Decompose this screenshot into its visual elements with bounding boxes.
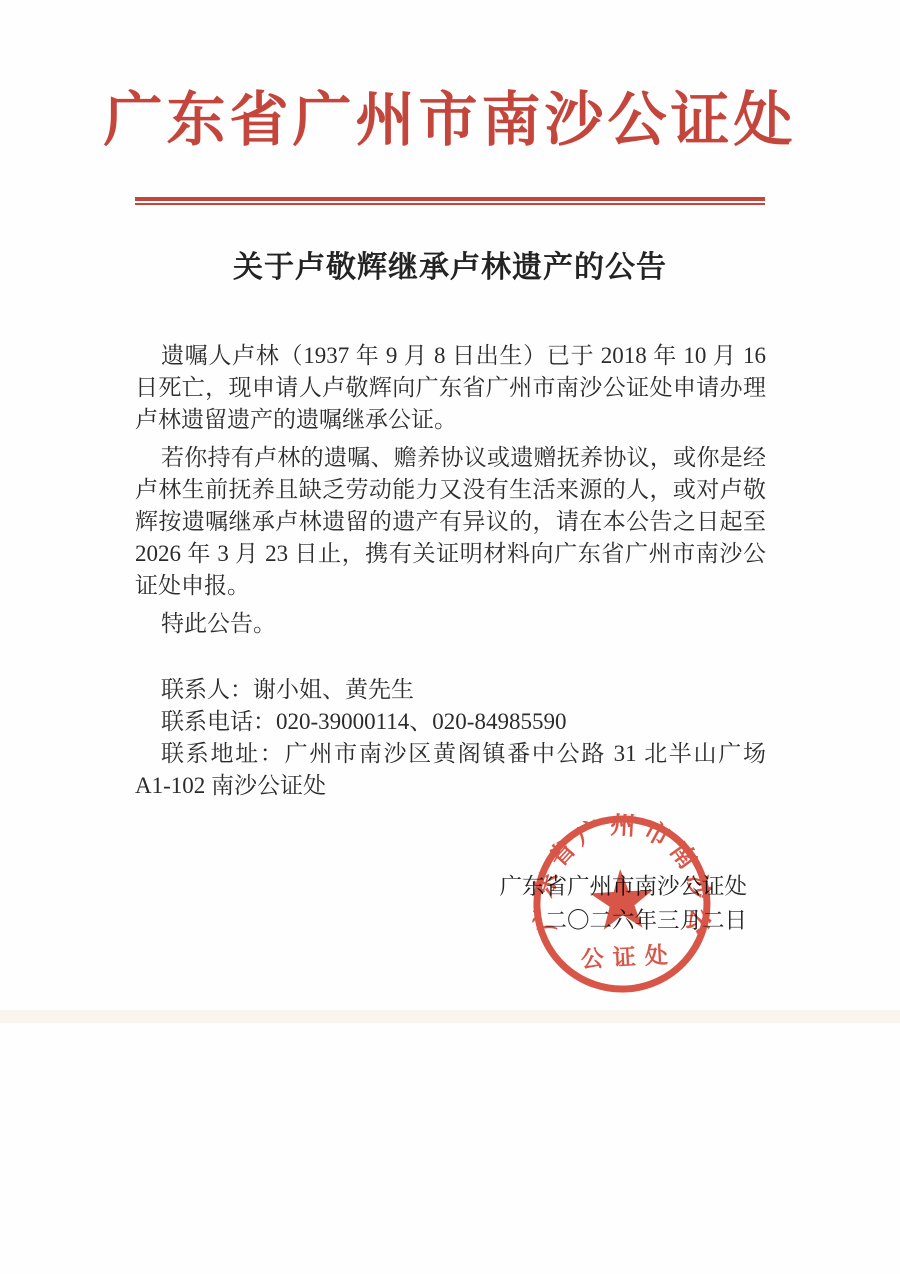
- signature-date: 二〇二六年三月二日: [499, 904, 747, 938]
- body-paragraph-testator: 遗嘱人卢林（1937 年 9 月 8 日出生）已于 2018 年 10 月 16…: [135, 340, 766, 436]
- body-paragraph-objection: 若你持有卢林的遗嘱、赡养协议或遗赠抚养协议，或你是经卢林生前抚养且缺乏劳动能力又…: [135, 442, 766, 602]
- scanned-notice-page: 广东省广州市南沙公证处 关于卢敬辉继承卢林遗产的公告 遗嘱人卢林（1937 年 …: [0, 0, 900, 1274]
- masthead-divider: [135, 197, 765, 205]
- document-title: 关于卢敬辉继承卢林遗产的公告: [0, 248, 900, 288]
- masthead-org-name: 广东省广州市南沙公证处: [0, 80, 900, 160]
- document-body: 遗嘱人卢林（1937 年 9 月 8 日出生）已于 2018 年 10 月 16…: [135, 340, 766, 802]
- body-paragraph-closing: 特此公告。: [135, 608, 766, 640]
- scan-artifact-band: [0, 1010, 900, 1023]
- contact-address-line: 联系地址：广州市南沙区黄阁镇番中公路 31 北半山广场 A1-102 南沙公证处: [135, 738, 766, 802]
- seal-bottom-text: 公证处: [580, 942, 677, 972]
- contact-phone-line: 联系电话：020-39000114、020-84985590: [135, 706, 766, 738]
- signature-org-name: 广东省广州市南沙公证处: [499, 870, 747, 904]
- contact-block: 联系人：谢小姐、黄先生 联系电话：020-39000114、020-849855…: [135, 674, 766, 802]
- divider-thin-line: [135, 203, 765, 205]
- contact-person-line: 联系人：谢小姐、黄先生: [135, 674, 766, 706]
- signature-block: 广东省广州市南沙公证处 二〇二六年三月二日: [499, 870, 747, 938]
